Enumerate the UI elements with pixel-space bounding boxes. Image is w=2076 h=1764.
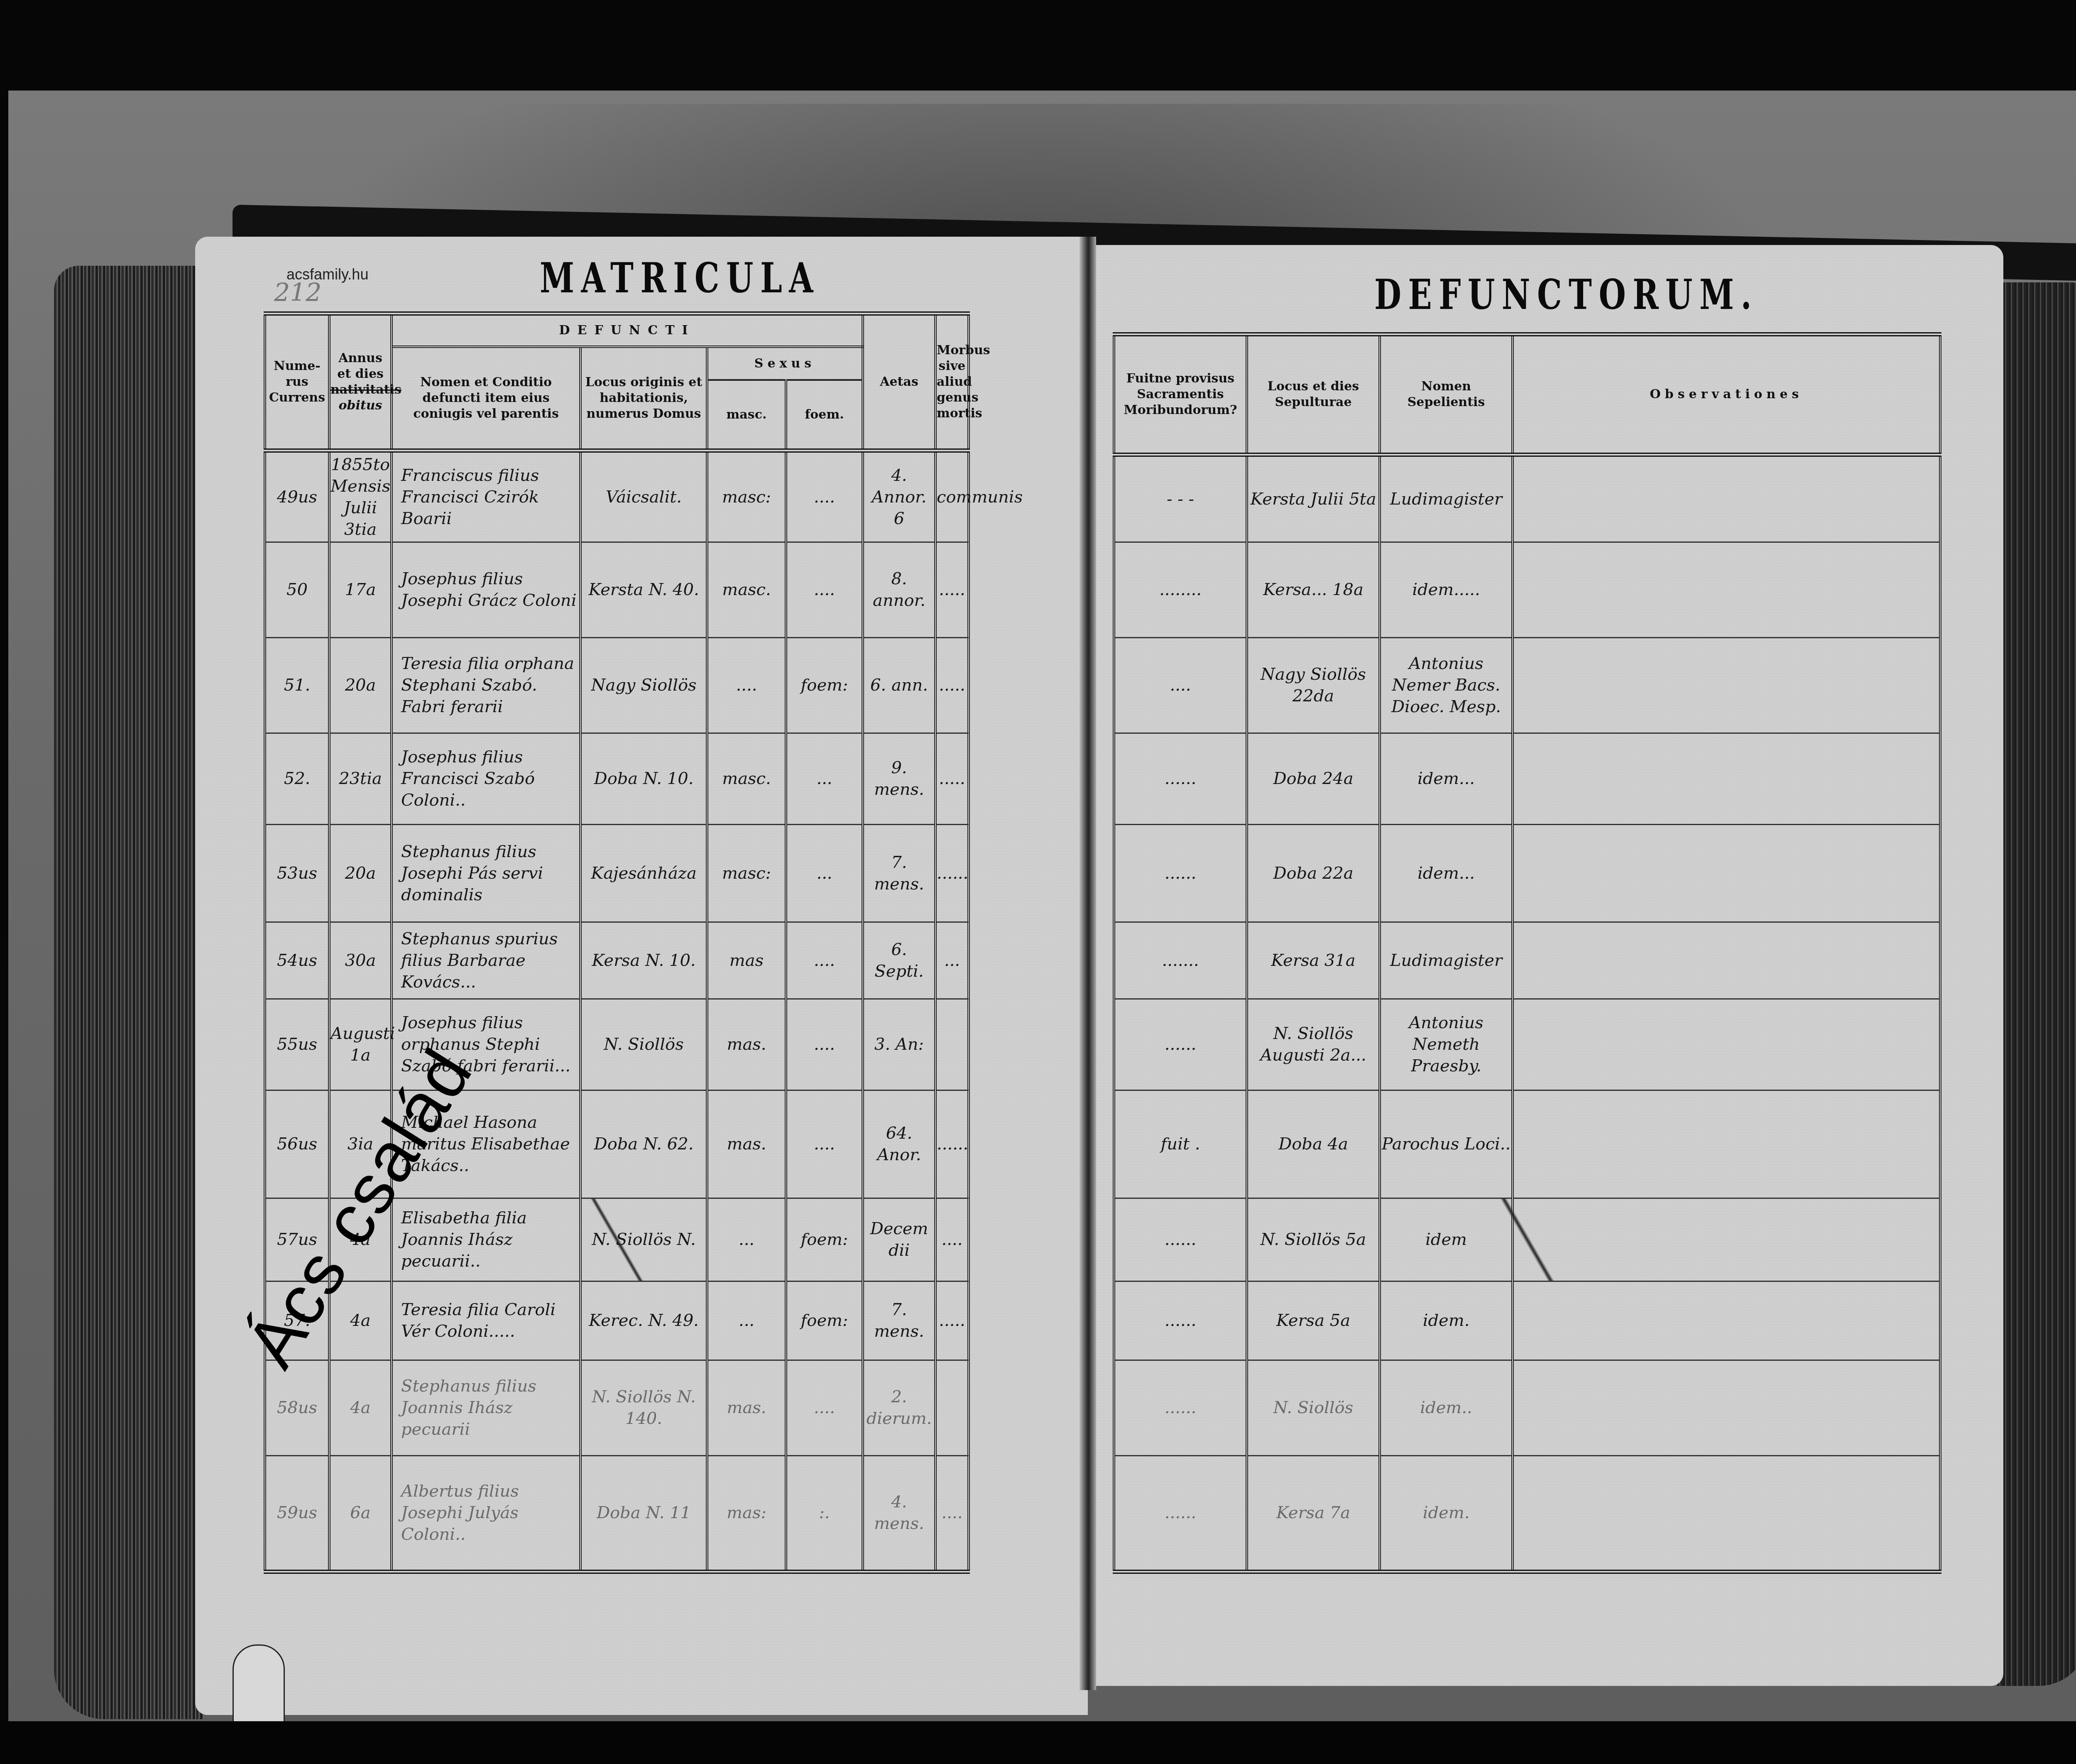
entry-masc: ... [707, 1281, 786, 1360]
entry-sepeliens: idem [1380, 1198, 1513, 1281]
entry-aetas: 4. Annor. 6 [863, 451, 935, 542]
entry-morbus: ...... [935, 824, 969, 922]
table-row: ......N. Siollös Augusti 2a...Antonius N… [1114, 999, 1940, 1090]
entry-locus: N. Siollös [580, 999, 707, 1090]
entry-masc: mas. [707, 1360, 786, 1455]
entry-provisus: .... [1114, 637, 1247, 733]
table-row: 59us6aAlbertus filius Josephi Julyás Col… [265, 1455, 969, 1572]
entry-morbus: communis [935, 451, 969, 542]
defunctorum-table: Fuitne provisus Sacramentis Moribundorum… [1113, 332, 1941, 1574]
entry-provisus: ...... [1114, 824, 1247, 922]
table-row: 54us30aStephanus spurius filius Barbarae… [265, 922, 969, 999]
entry-foem: foem: [786, 1198, 863, 1281]
book-gutter [1080, 237, 1096, 1690]
entry-masc: masc. [707, 542, 786, 637]
entry-locus: Doba N. 10. [580, 733, 707, 824]
entry-morbus: .... [935, 1455, 969, 1572]
entry-locus: Kersa N. 10. [580, 922, 707, 999]
entry-provisus: ....... [1114, 922, 1247, 999]
entry-aetas: 7. mens. [863, 1281, 935, 1360]
table-row: 53us20aStephanus filius Josephi Pás serv… [265, 824, 969, 922]
table-row: ......N. Siollösidem.. [1114, 1360, 1940, 1455]
entry-number: 52. [265, 733, 329, 824]
entry-sepultura: Kersa 7a [1247, 1455, 1380, 1572]
table-row: ......Doba 24aidem... [1114, 733, 1940, 824]
entry-date: 6a [329, 1455, 392, 1572]
entry-number: 53us [265, 824, 329, 922]
entry-masc: ... [707, 1198, 786, 1281]
entry-sepultura: Kersa 31a [1247, 922, 1380, 999]
entry-aetas: 3. An: [863, 999, 935, 1090]
entry-number: 50 [265, 542, 329, 637]
entry-sepeliens: Ludimagister [1380, 922, 1513, 999]
entry-provisus: ...... [1114, 1455, 1247, 1572]
entry-sepeliens: idem... [1380, 824, 1513, 922]
entry-observationes [1513, 542, 1940, 637]
entry-number: 51. [265, 637, 329, 733]
table-row: .......Kersa 31aLudimagister [1114, 922, 1940, 999]
entry-foem: .... [786, 999, 863, 1090]
entry-name: Teresia filia orphana Stephani Szabó. Fa… [392, 637, 580, 733]
entry-name: Stephanus spurius filius Barbarae Kovács… [392, 922, 580, 999]
col-header-foem: foem. [786, 380, 863, 451]
entry-observationes [1513, 1090, 1940, 1198]
table-row: ......Doba 22aidem... [1114, 824, 1940, 922]
entry-sepultura: N. Siollös 5a [1247, 1198, 1380, 1281]
col-header-sepultura: Locus et dies Sepulturae [1247, 334, 1380, 455]
entry-masc: mas [707, 922, 786, 999]
table-row: 52.23tiaJosephus filius Francisci Szabó … [265, 733, 969, 824]
table-row: ........Kersa... 18aidem..... [1114, 542, 1940, 637]
entry-number: 49us [265, 451, 329, 542]
entry-date: 30a [329, 922, 392, 999]
entry-name: Franciscus filius Francisci Czirók Boari… [392, 451, 580, 542]
entry-morbus: ... [935, 922, 969, 999]
entry-date: 20a [329, 824, 392, 922]
entry-morbus: .... [935, 1198, 969, 1281]
entry-sepeliens: Ludimagister [1380, 455, 1513, 542]
entry-provisus: ...... [1114, 1281, 1247, 1360]
entry-observationes [1513, 637, 1940, 733]
table-row: 49us1855to Mensis Julii 3tiaFranciscus f… [265, 451, 969, 542]
entry-name: Elisabetha filia Joannis Ihász pecuarii.… [392, 1198, 580, 1281]
entry-name: Josephus filius Josephi Grácz Coloni [392, 542, 580, 637]
entry-name: Stephanus filius Josephi Pás servi domin… [392, 824, 580, 922]
entry-foem: .... [786, 922, 863, 999]
entry-aetas: 8. annor. [863, 542, 935, 637]
entry-foem: .... [786, 542, 863, 637]
table-row: - - -Kersta Julii 5taLudimagister [1114, 455, 1940, 542]
table-row: 51.20aTeresia filia orphana Stephani Sza… [265, 637, 969, 733]
entry-observationes [1513, 733, 1940, 824]
entry-aetas: 9. mens. [863, 733, 935, 824]
entry-morbus [935, 999, 969, 1090]
annus-label: Annus et dies [337, 351, 384, 381]
entry-date: 17a [329, 542, 392, 637]
page-block-left [54, 266, 203, 1719]
entry-locus: Doba N. 62. [580, 1090, 707, 1198]
page-block-right [1997, 282, 2076, 1686]
col-header-annus: Annus et dies nativitatis obitus [329, 314, 392, 451]
col-header-provisus: Fuitne provisus Sacramentis Moribundorum… [1114, 334, 1247, 455]
entry-morbus: ..... [935, 1281, 969, 1360]
entry-observationes [1513, 455, 1940, 542]
group-header-defuncti: DEFUNCTI [392, 314, 863, 347]
entry-date: 23tia [329, 733, 392, 824]
entry-observationes [1513, 1198, 1940, 1281]
entry-morbus: ...... [935, 1090, 969, 1198]
entry-foem: ... [786, 733, 863, 824]
entry-name: Josephus filius Francisci Szabó Coloni.. [392, 733, 580, 824]
entry-provisus: - - - [1114, 455, 1247, 542]
entry-observationes [1513, 922, 1940, 999]
table-row: ......Kersa 7aidem. [1114, 1455, 1940, 1572]
entry-morbus: ..... [935, 733, 969, 824]
annus-handwritten: obitus [339, 398, 382, 413]
table-row: 55usAugusti 1aJosephus filius orphanus S… [265, 999, 969, 1090]
table-row: ....Nagy Siollös 22daAntonius Nemer Bacs… [1114, 637, 1940, 733]
entry-foem: .... [786, 1360, 863, 1455]
entry-masc: mas: [707, 1455, 786, 1572]
entry-number: 59us [265, 1455, 329, 1572]
entry-provisus: ........ [1114, 542, 1247, 637]
col-header-aetas: Aetas [863, 314, 935, 451]
entry-foem: foem: [786, 1281, 863, 1360]
entry-provisus: ...... [1114, 1198, 1247, 1281]
folio-number: 212 [274, 278, 322, 307]
annus-struck-word: nativitatis [330, 382, 401, 397]
entry-sepeliens: Antonius Nemer Bacs. Dioec. Mesp. [1380, 637, 1513, 733]
scan-bottom-band [0, 1721, 2076, 1764]
entry-morbus: ..... [935, 637, 969, 733]
entry-observationes [1513, 999, 1940, 1090]
entry-foem: .... [786, 451, 863, 542]
entry-masc: masc: [707, 451, 786, 542]
left-page-title: MATRICULA [540, 253, 820, 302]
right-page-title: DEFUNCTORUM. [1374, 270, 1758, 319]
entry-sepultura: Nagy Siollös 22da [1247, 637, 1380, 733]
entry-masc: masc: [707, 824, 786, 922]
col-header-observationes: Observationes [1513, 334, 1940, 455]
entry-masc: .... [707, 637, 786, 733]
entry-foem: ... [786, 824, 863, 922]
entry-sepultura: Kersa 5a [1247, 1281, 1380, 1360]
col-header-nomen: Nomen et Conditio defuncti item eius con… [392, 347, 580, 451]
entry-date: 20a [329, 637, 392, 733]
entry-sepeliens: idem. [1380, 1455, 1513, 1572]
entry-date: 1855to Mensis Julii 3tia [329, 451, 392, 542]
entry-aetas: 2. dierum. [863, 1360, 935, 1455]
table-row: fuit .Doba 4aParochus Loci.. [1114, 1090, 1940, 1198]
entry-locus: Kerec. N. 49. [580, 1281, 707, 1360]
entry-sepeliens: Parochus Loci.. [1380, 1090, 1513, 1198]
table-row: 57.4aTeresia filia Caroli Vér Coloni....… [265, 1281, 969, 1360]
entry-locus: Kajesánháza [580, 824, 707, 922]
entry-foem: foem: [786, 637, 863, 733]
entry-sepultura: Doba 4a [1247, 1090, 1380, 1198]
entry-aetas: 64. Anor. [863, 1090, 935, 1198]
entry-sepeliens: idem... [1380, 733, 1513, 824]
col-header-sexus: Sexus [707, 347, 863, 380]
entry-morbus [935, 1360, 969, 1455]
entry-date: 4a [329, 1360, 392, 1455]
entry-masc: mas. [707, 999, 786, 1090]
entry-provisus: ...... [1114, 999, 1247, 1090]
col-header-locus: Locus originis et habitationis, numerus … [580, 347, 707, 451]
defuncti-table: Nume-rus Currens Annus et dies nativitat… [264, 311, 970, 1574]
entry-aetas: 4. mens. [863, 1455, 935, 1572]
col-header-morbus: Morbus sive aliud genus mortis [935, 314, 969, 451]
entry-number: 55us [265, 999, 329, 1090]
entry-observationes [1513, 1360, 1940, 1455]
entry-sepeliens: Antonius Nemeth Praesby. [1380, 999, 1513, 1090]
table-row: ......Kersa 5aidem. [1114, 1281, 1940, 1360]
entry-sepultura: N. Siollös Augusti 2a... [1247, 999, 1380, 1090]
table-row: ......N. Siollös 5aidem [1114, 1198, 1940, 1281]
entry-number: 54us [265, 922, 329, 999]
entry-locus: Doba N. 11 [580, 1455, 707, 1572]
col-header-masc: masc. [707, 380, 786, 451]
entry-foem: .... [786, 1090, 863, 1198]
table-row: 5017aJosephus filius Josephi Grácz Colon… [265, 542, 969, 637]
entry-locus: N. Siollös N. 140. [580, 1360, 707, 1455]
entry-observationes [1513, 1455, 1940, 1572]
entry-masc: masc. [707, 733, 786, 824]
col-header-numerus: Nume-rus Currens [265, 314, 329, 451]
entry-provisus: ...... [1114, 733, 1247, 824]
entry-masc: mas. [707, 1090, 786, 1198]
col-header-sepeliens: Nomen Sepelientis [1380, 334, 1513, 455]
entry-observationes [1513, 824, 1940, 922]
entry-number: 56us [265, 1090, 329, 1198]
entry-sepeliens: idem. [1380, 1281, 1513, 1360]
entry-name: Stephanus filius Joannis Ihász pecuarii [392, 1360, 580, 1455]
entry-observationes [1513, 1281, 1940, 1360]
entry-morbus: ..... [935, 542, 969, 637]
entry-sepultura: N. Siollös [1247, 1360, 1380, 1455]
entry-aetas: Decem dii [863, 1198, 935, 1281]
entry-sepultura: Kersta Julii 5ta [1247, 455, 1380, 542]
entry-sepeliens: idem.. [1380, 1360, 1513, 1455]
entry-sepultura: Doba 24a [1247, 733, 1380, 824]
table-row: 58us4aStephanus filius Joannis Ihász pec… [265, 1360, 969, 1455]
entry-locus: Kersta N. 40. [580, 542, 707, 637]
entry-locus: Nagy Siollös [580, 637, 707, 733]
entry-sepeliens: idem..... [1380, 542, 1513, 637]
entry-aetas: 7. mens. [863, 824, 935, 922]
entry-foem: :. [786, 1455, 863, 1572]
entry-locus: Váicsalit. [580, 451, 707, 542]
entry-name: Teresia filia Caroli Vér Coloni..... [392, 1281, 580, 1360]
entry-name: Albertus filius Josephi Julyás Coloni.. [392, 1455, 580, 1572]
entry-aetas: 6. ann. [863, 637, 935, 733]
entry-date: Augusti 1a [329, 999, 392, 1090]
entry-sepultura: Doba 22a [1247, 824, 1380, 922]
entry-provisus: ...... [1114, 1360, 1247, 1455]
entry-sepultura: Kersa... 18a [1247, 542, 1380, 637]
entry-aetas: 6. Septi. [863, 922, 935, 999]
entry-locus: N. Siollös N. [580, 1198, 707, 1281]
entry-provisus: fuit . [1114, 1090, 1247, 1198]
